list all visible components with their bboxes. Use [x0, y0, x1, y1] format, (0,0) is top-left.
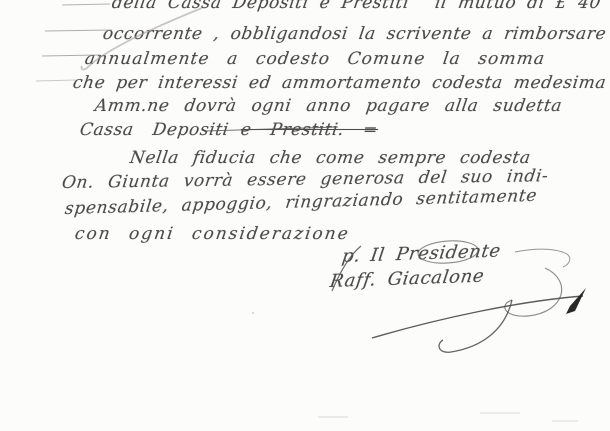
handwritten-line: occorrente , obbligandosi la scrivente a… [102, 24, 608, 44]
handwriting-text: occorrente , obbligandosi la scrivente a… [102, 24, 608, 44]
handwriting-text: della Cassa Depositi e Prestiti [111, 0, 411, 13]
handwritten-line: Nella fiducia che come sempre codesta [129, 148, 532, 168]
handwritten-line: Amm.ne dovrà ogni anno pagare alla sudet… [94, 96, 564, 116]
signature-tail-flourish [439, 300, 512, 352]
handwritten-line: annualmente a codesto Comune la somma [84, 49, 547, 69]
scan-speckle [480, 412, 520, 414]
signature-role-underline [515, 249, 570, 267]
scanned-letter-page: della Cassa Depositi e Prestitiil mutuo … [0, 0, 610, 431]
margin-dash [45, 30, 112, 31]
signature-role: Il Presidente [369, 240, 502, 266]
handwriting-text: che per interessi ed ammortamento codest… [72, 73, 608, 93]
handwritten-line: con ogni considerazione [74, 224, 352, 244]
handwriting-text: Cassa Depositi [79, 120, 231, 140]
handwritten-line: della Cassa Depositi e Prestitiil mutuo … [111, 0, 610, 13]
signature-role-line: p.Il Presidente [341, 240, 503, 266]
handwritten-line: Cassa Depositie Prestiti. = [79, 120, 380, 140]
handwriting-text: con ogni considerazione [74, 224, 352, 244]
handwriting-text: Nella fiducia che come sempre codesta [129, 148, 532, 168]
struck-through-text: e Prestiti. = [239, 120, 379, 140]
handwritten-line: che per interessi ed ammortamento codest… [72, 73, 608, 93]
signature-arrowhead [566, 288, 586, 314]
scan-speckle [552, 420, 578, 422]
handwriting-text: annualmente a codesto Comune la somma [84, 49, 547, 69]
handwriting-text: Amm.ne dovrà ogni anno pagare alla sudet… [94, 96, 564, 116]
scan-speckle [252, 312, 254, 314]
margin-dash [36, 80, 76, 81]
margin-dash [62, 4, 110, 5]
signature-prefix: p. [341, 245, 363, 267]
signature-name: Raff. Giacalone [329, 266, 486, 292]
handwriting-text: il mutuo di £ 40 mila [434, 0, 610, 13]
signature-name-line: Raff. Giacalone [329, 266, 486, 292]
scan-speckle [318, 416, 348, 418]
signature-loop-flourish [505, 268, 562, 316]
signature-underline-flourish [372, 296, 583, 338]
